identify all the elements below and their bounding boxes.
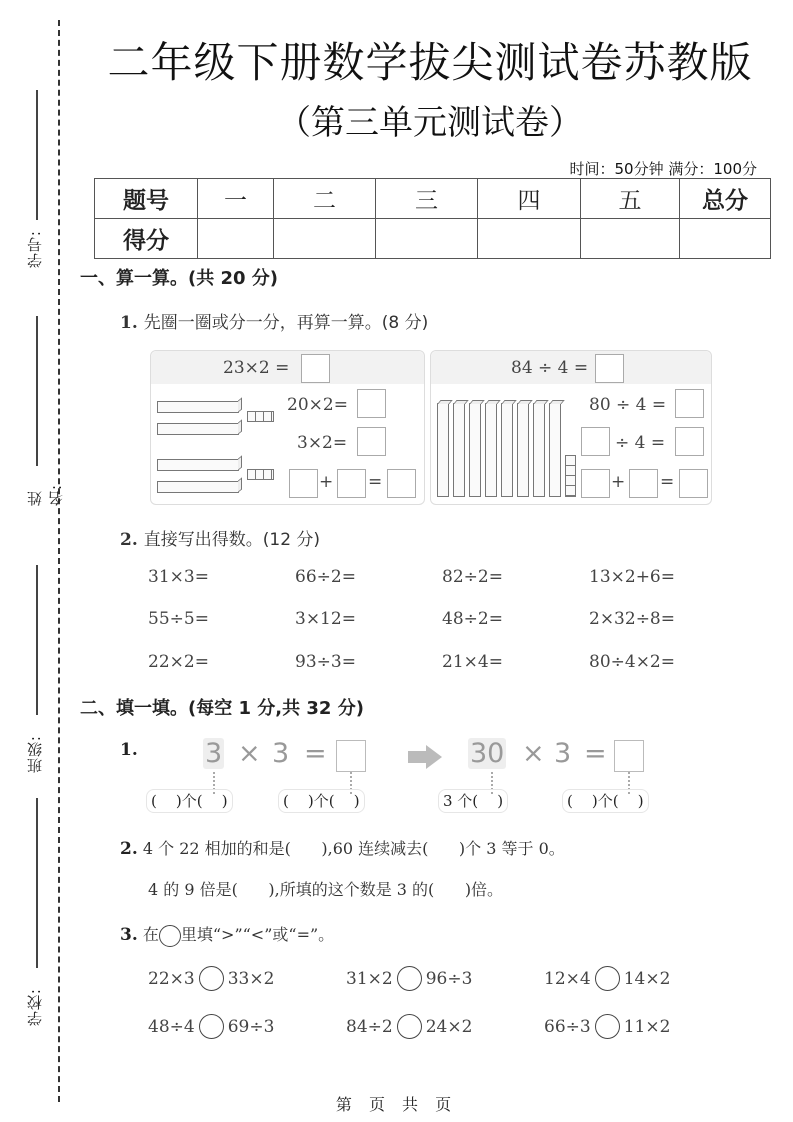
- fill-pill[interactable]: 3 个( ): [438, 789, 508, 813]
- compare-right: 24×2: [426, 1017, 473, 1037]
- mental-math-item: 13×2+6=: [589, 567, 675, 587]
- col-header-5: 五: [581, 179, 680, 219]
- col-header-2: 二: [274, 179, 376, 219]
- s2-q1-number-text: 1.: [120, 740, 138, 760]
- fill-pill[interactable]: ( )个( ): [278, 789, 365, 813]
- ones-cubes: [247, 469, 274, 480]
- compare-right: 11×2: [624, 1017, 671, 1037]
- answer-box[interactable]: [357, 427, 386, 456]
- class-label: 班级:: [24, 735, 45, 773]
- fill-pill[interactable]: ( )个( ): [146, 789, 233, 813]
- row-header-question-number: 题号: [95, 179, 198, 219]
- mental-math-item: 22×2=: [148, 652, 209, 672]
- panel-left-main-eq: 23×2 =: [223, 358, 289, 378]
- compare-item: 12×414×2: [544, 966, 670, 991]
- compare-right: 33×2: [228, 969, 275, 989]
- mental-math-item: 3×12=: [295, 609, 356, 629]
- answer-box[interactable]: [336, 740, 366, 772]
- panel-right-main-eq: 84 ÷ 4 =: [511, 358, 588, 378]
- score-table-header-row: 题号 一 二 三 四 五 总分: [95, 179, 771, 219]
- compare-right: 96÷3: [426, 969, 473, 989]
- ones-cubes: [565, 455, 576, 497]
- mental-math-item: 93÷3=: [295, 652, 356, 672]
- school-label: 学校:: [24, 988, 45, 1026]
- answer-box[interactable]: [301, 354, 330, 383]
- col-header-1: 一: [198, 179, 274, 219]
- s2-q3-prompt: 3. 在里填“>”“<”或“=”。: [120, 922, 334, 947]
- compare-right: 69÷3: [228, 1017, 275, 1037]
- mental-math-item: 80÷4×2=: [589, 652, 675, 672]
- student-number-label: 学号:: [24, 230, 45, 268]
- answer-box[interactable]: [675, 427, 704, 456]
- col-header-4: 四: [478, 179, 581, 219]
- tens-rod: [157, 481, 239, 493]
- class-line[interactable]: [36, 565, 38, 715]
- tens-rod: [157, 423, 239, 435]
- mental-math-item: 21×4=: [442, 652, 503, 672]
- compare-left: 48÷4: [148, 1017, 195, 1037]
- compare-left: 12×4: [544, 969, 591, 989]
- student-name-label: 姓名:: [24, 471, 66, 506]
- tens-rod: [533, 403, 545, 497]
- page-title: 二年级下册数学拔尖测试卷苏教版: [100, 30, 760, 90]
- compare-item: 66÷311×2: [544, 1014, 670, 1039]
- page-footer: 第 页 共 页: [0, 1092, 793, 1115]
- answer-box[interactable]: [675, 389, 704, 418]
- eq-left-equals: =: [304, 738, 327, 769]
- answer-box[interactable]: [337, 469, 366, 498]
- mental-math-item: 82÷2=: [442, 567, 503, 587]
- section-2-heading: 二、填一填。(每空 1 分,共 32 分): [80, 694, 364, 720]
- compare-item: 84÷224×2: [346, 1014, 472, 1039]
- class-field[interactable]: 班级:: [20, 565, 50, 785]
- s1-q1-text: 先圈一圈或分一分，再算一算。(8 分): [144, 313, 428, 333]
- s2-q2-line2: 4 的 9 倍是( ),所填的这个数是 3 的( )倍。: [148, 877, 503, 900]
- answer-box[interactable]: [387, 469, 416, 498]
- compare-item: 48÷469÷3: [148, 1014, 274, 1039]
- tens-rod: [517, 403, 529, 497]
- s2-q3-number: 3.: [120, 925, 138, 945]
- compare-left: 84÷2: [346, 1017, 393, 1037]
- tens-rod: [437, 403, 449, 497]
- s2-q2-number: 2.: [120, 839, 138, 859]
- score-cell-1[interactable]: [198, 219, 274, 259]
- fill-pill[interactable]: ( )个( ): [562, 789, 649, 813]
- tens-rod: [157, 459, 239, 471]
- mental-math-item: 31×3=: [148, 567, 209, 587]
- score-cell-3[interactable]: [376, 219, 478, 259]
- tens-rod: [485, 403, 497, 497]
- school-field[interactable]: 学校:: [20, 798, 50, 1038]
- col-header-total: 总分: [680, 179, 771, 219]
- eq-right-factor-a: 30: [468, 738, 506, 769]
- s1-q2-prompt: 2.直接写出得数。(12 分): [120, 525, 320, 550]
- compare-circle[interactable]: [199, 966, 224, 991]
- score-table: 题号 一 二 三 四 五 总分 得分: [94, 178, 771, 259]
- equals-sign: =: [660, 472, 674, 492]
- compare-left: 31×2: [346, 969, 393, 989]
- answer-box[interactable]: [595, 354, 624, 383]
- tens-rod: [549, 403, 561, 497]
- answer-box[interactable]: [581, 469, 610, 498]
- student-name-field[interactable]: 姓名:: [20, 316, 50, 506]
- answer-box[interactable]: [581, 427, 610, 456]
- s1-q2-number: 2.: [120, 530, 138, 550]
- mental-math-item: 48÷2=: [442, 609, 503, 629]
- panel-left-step1: 20×2=: [287, 395, 348, 415]
- answer-box[interactable]: [679, 469, 708, 498]
- figure-panel-division: 84 ÷ 4 = 80 ÷ 4 = ÷ 4 = + =: [430, 350, 712, 505]
- s2-q3-text-before: 在: [143, 925, 159, 944]
- circle-icon: [159, 925, 181, 947]
- compare-right: 14×2: [624, 969, 671, 989]
- s1-q1-number: 1.: [120, 313, 138, 333]
- compare-circle[interactable]: [595, 1014, 620, 1039]
- s2-q1-number: 1.: [120, 740, 138, 760]
- page-subtitle: （第三单元测试卷）: [100, 95, 760, 144]
- tens-rod: [469, 403, 481, 497]
- mental-math-item: 55÷5=: [148, 609, 209, 629]
- answer-box[interactable]: [357, 389, 386, 418]
- compare-left: 22×3: [148, 969, 195, 989]
- mental-math-item: 2×32÷8=: [589, 609, 675, 629]
- student-name-line[interactable]: [36, 316, 38, 466]
- score-table-score-row: 得分: [95, 219, 771, 259]
- score-cell-4[interactable]: [478, 219, 581, 259]
- compare-circle[interactable]: [397, 966, 422, 991]
- eq-left-factor-a: 3: [203, 738, 224, 769]
- student-number-field[interactable]: 学号:: [20, 90, 50, 270]
- answer-box[interactable]: [629, 469, 658, 498]
- compare-circle[interactable]: [595, 966, 620, 991]
- highlighted-digit: 3: [203, 738, 224, 769]
- compare-circle[interactable]: [199, 1014, 224, 1039]
- plus-sign: +: [611, 472, 625, 492]
- compare-item: 22×333×2: [148, 966, 274, 991]
- eq-right-equals: =: [584, 738, 607, 769]
- eq-right-op: ×: [522, 738, 545, 769]
- compare-circle[interactable]: [397, 1014, 422, 1039]
- tens-rod: [157, 401, 239, 413]
- s2-q3-text-after: 里填“>”“<”或“=”。: [181, 925, 334, 944]
- col-header-3: 三: [376, 179, 478, 219]
- row-header-score: 得分: [95, 219, 198, 259]
- student-number-line[interactable]: [36, 90, 38, 220]
- score-cell-5[interactable]: [581, 219, 680, 259]
- tens-rod: [501, 403, 513, 497]
- score-cell-total[interactable]: [680, 219, 771, 259]
- exam-meta: 时间：50分钟 满分：100分: [570, 158, 758, 179]
- tens-rod: [453, 403, 465, 497]
- panel-right-step2: ÷ 4 =: [615, 433, 665, 453]
- s2-q2-line1: 2. 4 个 22 相加的和是( ),60 连续减去( )个 3 等于 0。: [120, 836, 565, 859]
- figure-panel-multiplication: 23×2 = 20×2= 3×2= + =: [150, 350, 425, 505]
- eq-left-factor-b: 3: [272, 738, 289, 769]
- panel-right-step1: 80 ÷ 4 =: [589, 395, 666, 415]
- school-line[interactable]: [36, 798, 38, 968]
- ones-cubes: [247, 411, 274, 422]
- s2-q2-line1-text: 4 个 22 相加的和是( ),60 连续减去( )个 3 等于 0。: [143, 839, 565, 858]
- section-1-heading: 一、算一算。(共 20 分): [80, 264, 278, 290]
- s1-q2-text: 直接写出得数。(12 分): [144, 530, 320, 550]
- answer-box[interactable]: [614, 740, 644, 772]
- panel-left-step2: 3×2=: [297, 433, 347, 453]
- eq-left-op: ×: [238, 738, 261, 769]
- score-cell-2[interactable]: [274, 219, 376, 259]
- answer-box[interactable]: [289, 469, 318, 498]
- plus-sign: +: [319, 472, 333, 492]
- arrow-right-icon: [408, 745, 442, 769]
- compare-item: 31×296÷3: [346, 966, 472, 991]
- eq-right-factor-b: 3: [554, 738, 571, 769]
- s1-q1-prompt: 1.先圈一圈或分一分，再算一算。(8 分): [120, 308, 428, 333]
- highlighted-number: 30: [468, 738, 506, 769]
- equals-sign: =: [368, 472, 382, 492]
- mental-math-item: 66÷2=: [295, 567, 356, 587]
- binding-dashed-line: [58, 20, 60, 1102]
- compare-left: 66÷3: [544, 1017, 591, 1037]
